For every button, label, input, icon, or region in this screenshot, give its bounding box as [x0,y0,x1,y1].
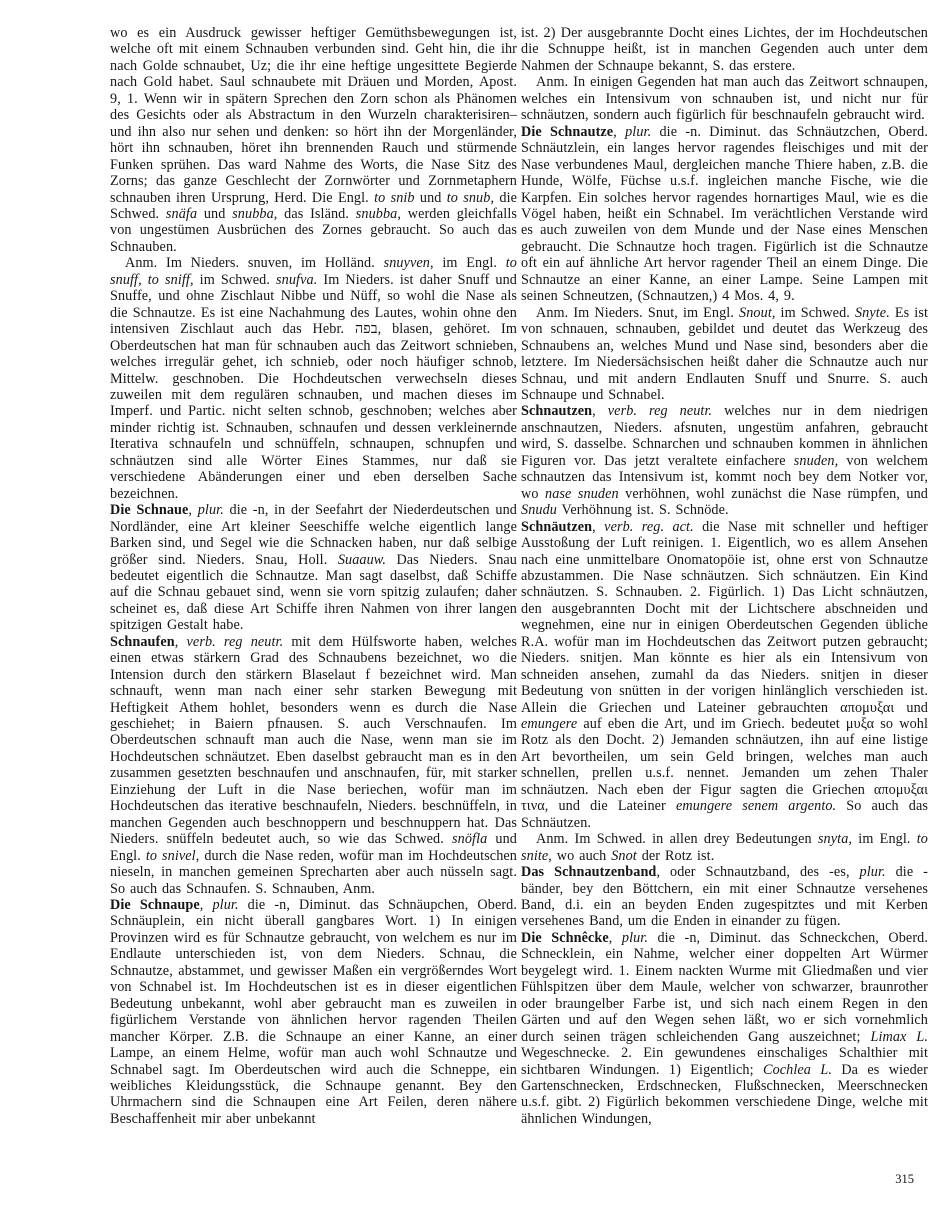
foreign-term: nase snuden [545,486,619,502]
text-run: die Nase mit schneller und heftiger Auss… [521,519,928,716]
text-run: , [175,634,187,650]
foreign-term: plur. [622,930,648,946]
foreign-term: to snub, [447,190,494,206]
foreign-term: snuyven, [384,255,434,271]
foreign-term: snufva. [276,272,317,288]
entry-das-schnautzenband: Das Schnautzenband, oder Schnautzband, d… [521,864,928,930]
text-run: die -n. Diminut. das Schnäutzchen, Oberd… [521,124,928,305]
text-run: , [609,930,622,946]
text-run: Anm. In einigen Gegenden hat man auch da… [521,74,928,123]
foreign-term: emungere senem argento. [676,798,836,814]
foreign-term: snubba, [356,206,401,222]
entry-die-schnecke: Die Schnêcke, plur. die -n, Diminut. das… [521,930,928,1127]
foreign-term: plur. [625,124,651,140]
text-run: Im Nieders. ist daher Snuff und Snuffe, … [110,272,517,502]
text-run: , [613,124,625,140]
anm-schnaeutzen: Anm. Im Schwed. in allen drey Bedeutunge… [521,831,928,864]
text-run: wo es ein Ausdruck gewisser heftiger Gem… [110,25,517,206]
anm-schnauben: Anm. Im Nieders. snuven, im Holländ. snu… [110,255,517,502]
left-text-column: wo es ein Ausdruck gewisser heftiger Gem… [110,25,517,1127]
text-run: im Schwed. [194,272,276,288]
foreign-term: plur. [860,864,886,880]
text-run: Anm. Im Schwed. in allen drey Bedeutunge… [536,831,818,847]
text-run: , [188,502,197,518]
foreign-term: snubba, [232,206,277,222]
text-run: verhöhnen, wohl zunächst die Nase rümpfe… [619,486,928,502]
text-run: , [592,403,608,419]
entry-schnautzen: Schnautzen, verb. reg neutr. welches nur… [521,403,928,518]
foreign-term: emungere [521,716,577,732]
anm-schnaupe: Anm. In einigen Gegenden hat man auch da… [521,74,928,123]
text-run: , oder Schnautzband, des -es, [656,864,859,880]
foreign-term: Snot [611,848,637,864]
foreign-term: Cochlea L. [763,1062,832,1078]
text-run: und [197,206,232,222]
foreign-term: plur. [212,897,238,913]
foreign-term: snuden, [794,453,838,469]
entry-schnaufen: Schnaufen, verb. reg neutr. mit dem Hülf… [110,634,517,897]
foreign-term: to snib [374,190,415,206]
page-number: 315 [895,1172,914,1186]
foreign-term: verb. reg. act. [604,519,694,535]
text-run: die -n, Diminut. das Schneckchen, Oberd.… [521,930,928,1045]
continuation-schnauben: wo es ein Ausdruck gewisser heftiger Gem… [110,25,517,255]
foreign-term: snyta, [818,831,852,847]
text-run: Anm. Im Nieders. snuven, im Holländ. [125,255,384,271]
entry-headword: Die Schnaupe [110,897,200,913]
right-text-column: ist. 2) Der ausgebrannte Docht eines Lic… [521,25,928,1127]
entry-die-schnaupe: Die Schnaupe, plur. die -n, Diminut. das… [110,897,517,1127]
anm-schnautze: Anm. Im Nieders. Snut, im Engl. Snout, i… [521,305,928,404]
entry-headword: Die Schnêcke [521,930,609,946]
entry-headword: Schnautzen [521,403,592,419]
entry-headword: Die Schnautze [521,124,613,140]
foreign-term: verb. reg neutr. [187,634,284,650]
continuation-schnaupe: ist. 2) Der ausgebrannte Docht eines Lic… [521,25,928,74]
text-run: , [592,519,604,535]
text-run: mit dem Hülfsworte haben, welches einen … [110,634,517,847]
text-run: und [415,190,447,206]
entry-headword: Die Schnaue [110,502,188,518]
entry-headword: Das Schnautzenband [521,864,656,880]
text-run: im Engl. [852,831,917,847]
dictionary-page: wo es ein Ausdruck gewisser heftiger Gem… [0,0,935,1210]
foreign-term: Snyte. [855,305,890,321]
entry-die-schnautze: Die Schnautze, plur. die -n. Diminut. da… [521,124,928,305]
foreign-term: Suaauw. [338,552,386,568]
text-run: Anm. Im Nieders. Snut, im Engl. [536,305,739,321]
text-run: , [200,897,213,913]
text-run: Verhöhnung ist. S. Schnöde. [557,502,729,518]
foreign-term: Limax L. [870,1029,928,1045]
text-run: die -n, Diminut. das Schnäupchen, Oberd.… [110,897,517,1127]
foreign-term: to snivel, [146,848,200,864]
text-run: der Rotz ist. [637,848,715,864]
text-run: das Isländ. [277,206,355,222]
text-run: wo auch [552,848,611,864]
foreign-term: Snudu [521,502,557,518]
entry-headword: Schnaufen [110,634,175,650]
foreign-term: snäfa [166,206,197,222]
foreign-term: plur. [198,502,224,518]
text-run: ist. 2) Der ausgebrannte Docht eines Lic… [521,25,928,74]
text-run: im Schwed. [776,305,855,321]
entry-headword: Schnäutzen [521,519,592,535]
entry-die-schnaue: Die Schnaue, plur. die -n, in der Seefah… [110,502,517,634]
foreign-term: snöfla [452,831,487,847]
foreign-term: Snout, [739,305,775,321]
text-run: im Engl. [434,255,506,271]
foreign-term: verb. reg neutr. [608,403,712,419]
entry-schnaeutzen: Schnäutzen, verb. reg. act. die Nase mit… [521,519,928,832]
